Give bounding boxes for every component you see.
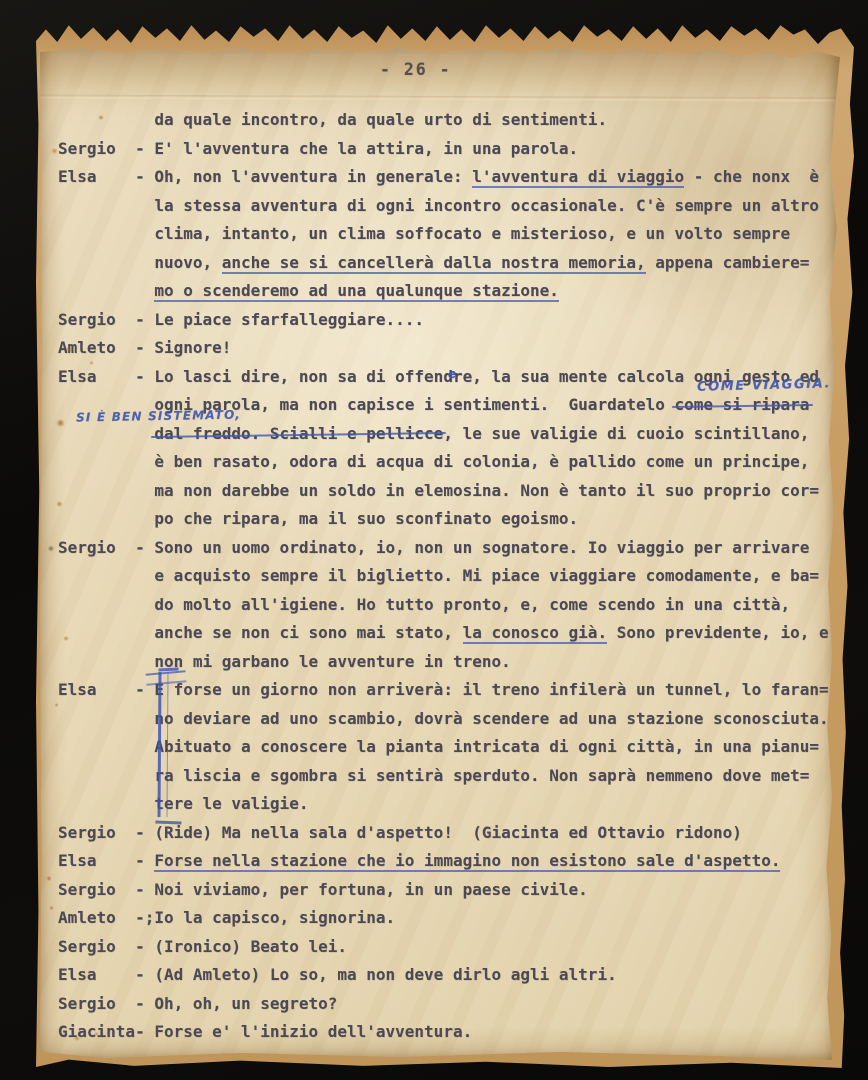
dialogue-line: Sergio - (Ride) Ma nella sala d'aspetto!…	[58, 819, 840, 848]
speaker-prefix	[58, 794, 154, 813]
paper-stain	[63, 636, 69, 641]
dialogue-line: dal freddo. Scialli e pellicceSI È BEN S…	[58, 420, 840, 449]
dialogue-entry: Giacinta- Forse e' l'inizio dell'avventu…	[58, 1018, 840, 1047]
dialogue-line: ra liscia e sgombra si sentirà sperduto.…	[58, 762, 840, 791]
paper-stain	[54, 703, 59, 707]
dialogue-line: ma non darebbe un soldo in elemosina. No…	[58, 477, 840, 506]
typed-text: Oh, oh, un segreto?	[154, 994, 337, 1013]
paper-stain	[89, 361, 94, 365]
speaker-prefix: Elsa -	[58, 367, 154, 386]
typed-text: tere le valigie.	[154, 794, 308, 813]
script-body: da quale incontro, da quale urto di sent…	[40, 106, 840, 1047]
dialogue-entry: Elsa - Lo lasci dire, non sa di offender…	[58, 363, 840, 534]
dialogue-entry: Sergio - Sono un uomo ordinato, io, non …	[58, 534, 840, 677]
typed-text: E forse un giorno non arriverà: il treno…	[154, 680, 828, 699]
handwritten-note: COME VIAGGIA.	[696, 376, 830, 395]
typed-text: (Ride) Ma nella sala d'aspetto! (Giacint…	[154, 823, 742, 842]
speaker-prefix	[58, 595, 154, 614]
dialogue-line: Amleto - Signore!	[58, 334, 840, 363]
typed-text: Sono previdente, io, e	[607, 623, 829, 642]
typed-text: Sono un uomo ordinato, io, non un sognat…	[154, 538, 809, 557]
dialogue-line: Sergio - Oh, oh, un segreto?	[58, 990, 840, 1019]
typed-text: ma non darebbe un soldo in elemosina. No…	[154, 481, 819, 500]
typed-text: Abituato a conoscere la pianta intricata…	[154, 737, 819, 756]
typed-text: Oh, non l'avventura in generale:	[154, 167, 472, 186]
underlined-text: anche se si cancellerà dalla nostra memo…	[222, 253, 646, 274]
speaker-prefix	[58, 481, 154, 500]
paper-stain	[56, 419, 65, 427]
typed-text: ra liscia e sgombra si sentirà sperduto.…	[154, 766, 809, 785]
photo-background: - 26 - da quale incontro, da quale urto …	[0, 0, 868, 1080]
typed-text: Lo lasci dire, non sa di offend	[154, 367, 453, 386]
paper-stain	[48, 545, 54, 552]
typed-text: , le sue valigie di cuoio scintillano,	[443, 424, 809, 443]
typed-text: do molto all'igiene. Ho tutto pronto, e,…	[154, 595, 790, 614]
typed-text: (Ad Amleto) Lo so, ma non deve dirlo agl…	[154, 965, 616, 984]
underlined-text: l'avventura di viaggio	[472, 167, 684, 188]
dialogue-line: Sergio - Sono un uomo ordinato, io, non …	[58, 534, 840, 563]
speaker-prefix	[58, 652, 154, 671]
paper-stain	[51, 148, 58, 154]
speaker-prefix: Sergio -	[58, 538, 154, 557]
paper-crease	[40, 95, 840, 103]
dialogue-line: nuovo, anche se si cancellerà dalla nost…	[58, 249, 840, 278]
speaker-prefix	[58, 509, 154, 528]
speaker-prefix: Sergio -	[58, 139, 154, 158]
dialogue-entry: Sergio - Oh, oh, un segreto?	[58, 990, 840, 1019]
struck-text: come si riparaCOME VIAGGIA.	[675, 395, 810, 414]
dialogue-line: è ben rasato, odora di acqua di colonia,…	[58, 448, 840, 477]
typescript-page: - 26 - da quale incontro, da quale urto …	[40, 46, 840, 1060]
paper-stain	[56, 501, 63, 507]
dialogue-entry: Sergio - (Ride) Ma nella sala d'aspetto!…	[58, 819, 840, 848]
dialogue-line: la stessa avventura di ogni incontro occ…	[58, 192, 840, 221]
dialogue-line: anche se non ci sono mai stato, la conos…	[58, 619, 840, 648]
dialogue-line: tere le valigie.	[58, 790, 840, 819]
paper-stain	[94, 1032, 99, 1036]
speaker-prefix	[58, 566, 154, 585]
dialogue-line: Amleto -;Io la capisco, signorina.	[58, 904, 840, 933]
paper-stain	[810, 171, 815, 175]
dialogue-line: Sergio - (Ironico) Beato lei.	[58, 933, 840, 962]
paper-stain	[98, 115, 104, 120]
speaker-prefix: Amleto -;	[58, 908, 154, 927]
speaker-prefix: Sergio -	[58, 310, 154, 329]
dialogue-line: da quale incontro, da quale urto di sent…	[58, 106, 840, 135]
typed-text: non mi garbano le avventure in treno.	[154, 652, 510, 671]
typed-text: (Ironico) Beato lei.	[154, 937, 347, 956]
speaker-prefix: Sergio -	[58, 994, 154, 1013]
dialogue-line: Elsa - (Ad Amleto) Lo so, ma non deve di…	[58, 961, 840, 990]
paper-stain	[74, 1036, 80, 1041]
dialogue-entry: Elsa - (Ad Amleto) Lo so, ma non deve di…	[58, 961, 840, 990]
typed-text: Io la capisco, signorina.	[154, 908, 395, 927]
dialogue-line: Elsa - Forse nella stazione che io immag…	[58, 847, 840, 876]
struck-text: dal freddo. Scialli e pellicceSI È BEN S…	[154, 424, 443, 443]
paper-stain	[65, 346, 73, 353]
speaker-prefix	[58, 424, 154, 443]
dialogue-entry: Sergio - Le piace sfarfalleggiare....	[58, 306, 840, 335]
dialogue-line: mo o scenderemo ad una qualunque stazion…	[58, 277, 840, 306]
typed-text: Le piace sfarfalleggiare....	[154, 310, 424, 329]
dialogue-entry: Elsa - E forse un giorno non arriverà: i…	[58, 676, 840, 819]
dialogue-line: do molto all'igiene. Ho tutto pronto, e,…	[58, 591, 840, 620]
dialogue-line: Sergio - Noi viviamo, per fortuna, in un…	[58, 876, 840, 905]
underlined-text: la conosco già.	[463, 623, 608, 644]
speaker-prefix	[58, 110, 154, 129]
speaker-prefix: Elsa -	[58, 680, 154, 699]
typed-text: E' l'avventura che la attira, in una par…	[154, 139, 578, 158]
speaker-prefix: Sergio -	[58, 880, 154, 899]
typed-text: appena cambiere=	[646, 253, 810, 272]
speaker-prefix	[58, 224, 154, 243]
dialogue-entry: Sergio - (Ironico) Beato lei.	[58, 933, 840, 962]
speaker-prefix	[58, 737, 154, 756]
speaker-prefix	[58, 452, 154, 471]
page-number: - 26 -	[380, 60, 452, 79]
speaker-prefix: Elsa -	[58, 167, 154, 186]
speaker-prefix	[58, 766, 154, 785]
typed-text: e acquisto sempre il biglietto. Mi piace…	[154, 566, 819, 585]
speaker-prefix: Elsa -	[58, 851, 154, 870]
dialogue-line: Giacinta- Forse e' l'inizio dell'avventu…	[58, 1018, 840, 1047]
typed-text: nuovo,	[154, 253, 221, 272]
handwritten-note: SI È BEN SISTEMATO,	[76, 407, 241, 424]
dialogue-line: Sergio - E' l'avventura che la attira, i…	[58, 135, 840, 164]
typed-text: è ben rasato, odora di acqua di colonia,…	[154, 452, 809, 471]
typed-text: Signore!	[154, 338, 231, 357]
speaker-prefix	[58, 281, 154, 300]
typed-text: la stessa avventura di ogni incontro occ…	[154, 196, 819, 215]
speaker-prefix: Giacinta-	[58, 1022, 154, 1041]
paper-stain	[46, 876, 52, 881]
speaker-prefix	[58, 253, 154, 272]
dialogue-line: e acquisto sempre il biglietto. Mi piace…	[58, 562, 840, 591]
margin-bracket	[158, 672, 169, 817]
speaker-prefix: Sergio -	[58, 823, 154, 842]
typed-text: da quale incontro, da quale urto di sent…	[154, 110, 607, 129]
dialogue-entry: Sergio - Noi viviamo, per fortuna, in un…	[58, 876, 840, 905]
dialogue-entry: Amleto -;Io la capisco, signorina.	[58, 904, 840, 933]
dialogue-entry: Sergio - E' l'avventura che la attira, i…	[58, 135, 840, 164]
typed-text: anche se non ci sono mai stato,	[154, 623, 462, 642]
dialogue-line: clima, intanto, un clima soffocato e mis…	[58, 220, 840, 249]
dialogue-line: Elsa - Oh, non l'avventura in generale: …	[58, 163, 840, 192]
dialogue-line: Sergio - Le piace sfarfalleggiare....	[58, 306, 840, 335]
underlined-text: Forse nella stazione che io immagino non…	[154, 851, 780, 872]
speaker-prefix: Sergio -	[58, 937, 154, 956]
speaker-prefix	[58, 709, 154, 728]
typed-text: Noi viviamo, per fortuna, in un paese ci…	[154, 880, 587, 899]
typed-text: - che nonx è	[684, 167, 819, 186]
paper-stain	[49, 906, 54, 910]
typed-text: Forse e' l'inizio dell'avventura.	[154, 1022, 472, 1041]
dialogue-entry: da quale incontro, da quale urto di sent…	[58, 106, 840, 135]
dialogue-entry: Amleto - Signore!	[58, 334, 840, 363]
dialogue-line: no deviare ad uno scambio, dovrà scender…	[58, 705, 840, 734]
typed-text: po che ripara, ma il suo sconfinato egoi…	[154, 509, 578, 528]
speaker-prefix	[58, 623, 154, 642]
speaker-prefix: Elsa -	[58, 965, 154, 984]
dialogue-line: po che ripara, ma il suo sconfinato egoi…	[58, 505, 840, 534]
dialogue-entry: Elsa - Forse nella stazione che io immag…	[58, 847, 840, 876]
speaker-prefix	[58, 196, 154, 215]
typed-text: no deviare ad uno scambio, dovrà scender…	[154, 709, 828, 728]
typed-text: clima, intanto, un clima soffocato e mis…	[154, 224, 790, 243]
dialogue-line: Abituato a conoscere la pianta intricata…	[58, 733, 840, 762]
dialogue-entry: Elsa - Oh, non l'avventura in generale: …	[58, 163, 840, 306]
underlined-text: mo o scenderemo ad una qualunque stazion…	[154, 281, 559, 302]
